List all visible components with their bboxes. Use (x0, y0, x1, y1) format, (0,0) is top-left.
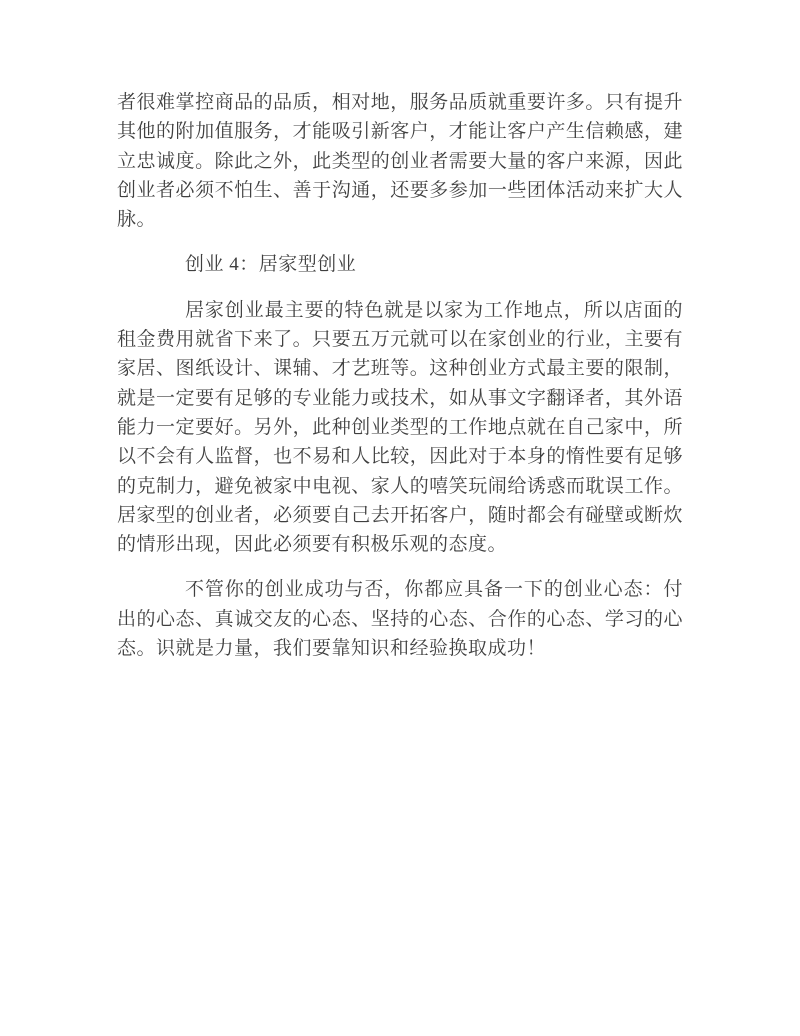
document-page: 者很难掌控商品的品质，相对地，服务品质就重要许多。只有提升其他的附加值服务，才能… (0, 0, 800, 1036)
paragraph: 者很难掌控商品的品质，相对地，服务品质就重要许多。只有提升其他的附加值服务，才能… (117, 88, 683, 234)
document-body: 者很难掌控商品的品质，相对地，服务品质就重要许多。只有提升其他的附加值服务，才能… (117, 88, 683, 663)
paragraph: 居家创业最主要的特色就是以家为工作地点，所以店面的租金费用就省下来了。只要五万元… (117, 296, 683, 560)
section-heading: 创业 4：居家型创业 (117, 250, 683, 279)
paragraph: 不管你的创业成功与否，你都应具备一下的创业心态：付出的心态、真诚交友的心态、坚持… (117, 575, 683, 663)
